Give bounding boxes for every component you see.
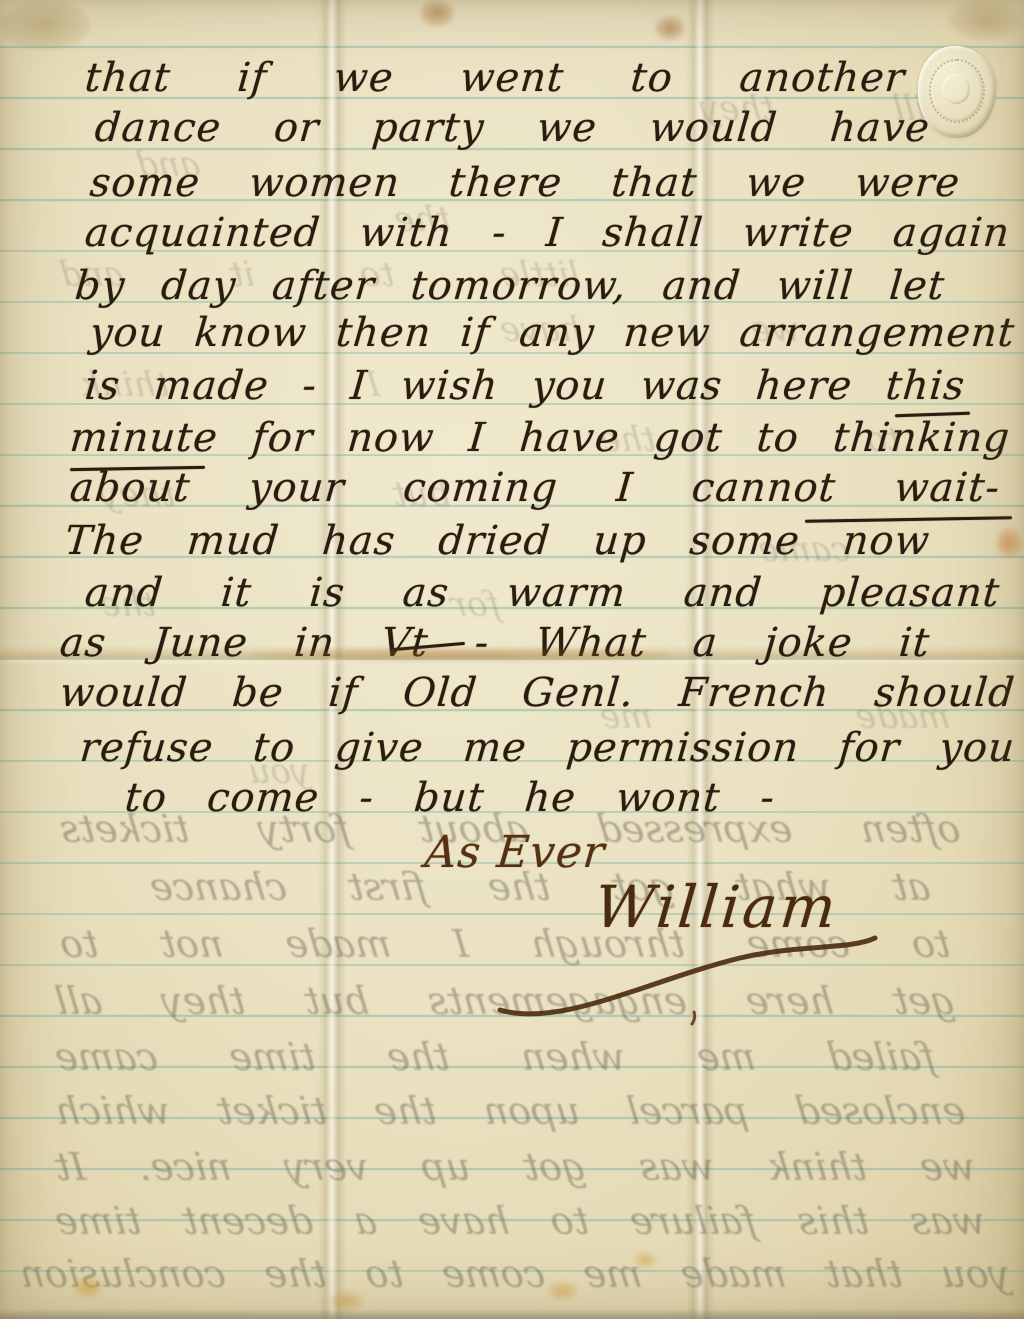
letter-line: some women there that we were <box>88 163 961 203</box>
bleedthrough-line: failed me when the time came <box>53 1038 937 1076</box>
letter-line: refuse to give me permission for you <box>78 728 1016 768</box>
embossed-seal-core <box>942 74 970 104</box>
closing-line: As Ever <box>423 831 607 875</box>
stain <box>330 1292 364 1310</box>
letter-line: dance or party we would have <box>93 108 931 148</box>
stain <box>0 0 90 50</box>
stain <box>548 1282 578 1300</box>
bleedthrough-line: enclosed parcel upon the ticket which <box>53 1092 967 1130</box>
letter-line: would be if Old Genl. French should <box>58 673 1016 713</box>
stain <box>250 648 670 662</box>
embossed-seal-icon <box>918 46 996 138</box>
stain <box>634 1252 656 1268</box>
letter-line: that if we went to another <box>83 58 906 98</box>
stain <box>996 528 1022 558</box>
page-bottom-edge <box>0 1309 1024 1319</box>
letter-line: and it is as warm and pleasant <box>83 573 1001 613</box>
letter-line: is made - I wish you was here this <box>83 366 966 406</box>
letter-line: about your coming I cannot wait- <box>68 468 1001 508</box>
stain <box>420 0 454 26</box>
letter-line: The mud has dried up some now <box>63 521 931 561</box>
stain <box>950 0 1020 40</box>
bleedthrough-line: you that made me come to the conclusion <box>18 1255 1012 1293</box>
signature-flourish <box>470 920 900 1030</box>
stain <box>655 16 685 40</box>
letter-line: to come - but he wont - <box>123 778 776 818</box>
letter-line: acquainted with - I shall write again <box>83 213 1011 253</box>
letter-line: you know then if any new arrangement <box>88 313 1016 353</box>
bleedthrough-line: we think was got up very nice. It <box>53 1148 977 1186</box>
stain <box>74 1278 102 1298</box>
bleedthrough-line: was this failure to have a decent time <box>53 1202 987 1240</box>
letter-line: minute for now I have got to thinking <box>68 418 1011 458</box>
letter-line: by day after tomorrow, and will let <box>73 266 946 306</box>
